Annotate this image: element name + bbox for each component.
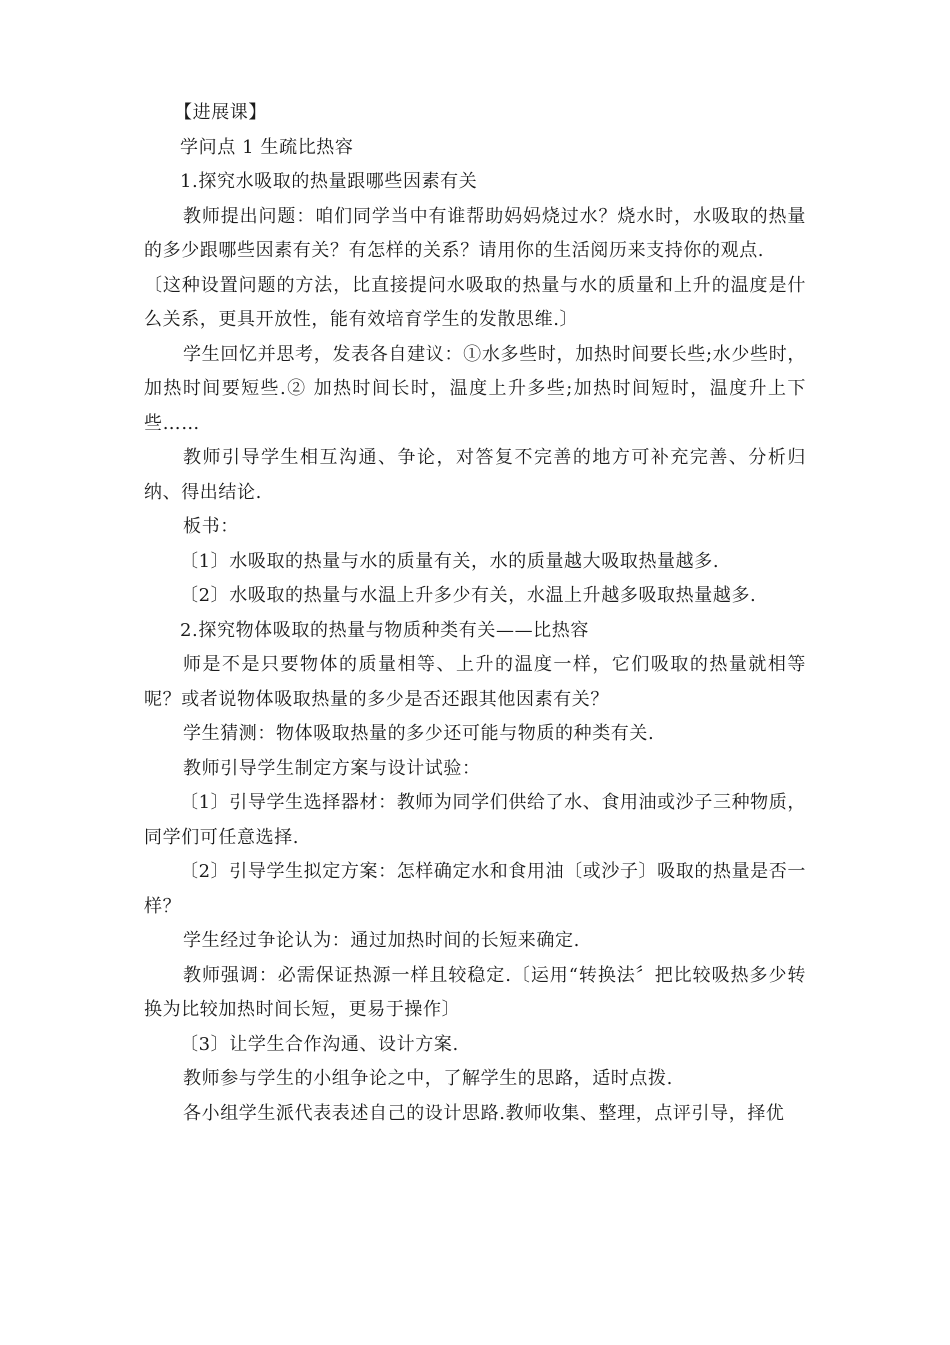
paragraph: 教师强调：必需保证热源一样且较稳定.〔运用“转换法〞把比较吸热多少转换为比较加热…	[144, 959, 806, 1028]
board-label: 板书：	[144, 510, 806, 545]
paragraph: 教师引导学生相互沟通、争论，对答复不完善的地方可补充完善、分析归纳、得出结论.	[144, 441, 806, 510]
paragraph: 教师引导学生制定方案与设计试验：	[144, 752, 806, 787]
subsection-title-2: 2.探究物体吸取的热量与物质种类有关——比热容	[144, 614, 806, 649]
paragraph-note: 〔这种设置问题的方法，比直接提问水吸取的热量与水的质量和上升的温度是什么关系，更…	[144, 269, 806, 338]
step-2: 〔2〕引导学生拟定方案：怎样确定水和食用油〔或沙子〕吸取的热量是否一样？	[144, 855, 806, 924]
paragraph: 学生回忆并思考，发表各自建议：①水多些时，加热时间要长些;水少些时，加热时间要短…	[144, 338, 806, 442]
board-item-1: 〔1〕水吸取的热量与水的质量有关，水的质量越大吸取热量越多.	[144, 545, 806, 580]
step-3: 〔3〕让学生合作沟通、设计方案.	[144, 1028, 806, 1063]
paragraph: 各小组学生派代表表述自己的设计思路.教师收集、整理，点评引导，择优	[144, 1097, 806, 1132]
paragraph: 学生经过争论认为：通过加热时间的长短来确定.	[144, 924, 806, 959]
paragraph: 教师提出问题：咱们同学当中有谁帮助妈妈烧过水？烧水时，水吸取的热量的多少跟哪些因…	[144, 200, 806, 269]
paragraph: 学生猜测：物体吸取热量的多少还可能与物质的种类有关.	[144, 717, 806, 752]
board-item-2: 〔2〕水吸取的热量与水温上升多少有关，水温上升越多吸取热量越多.	[144, 579, 806, 614]
paragraph: 师是不是只要物体的质量相等、上升的温度一样，它们吸取的热量就相等呢？或者说物体吸…	[144, 648, 806, 717]
paragraph: 教师参与学生的小组争论之中，了解学生的思路，适时点拨.	[144, 1062, 806, 1097]
subsection-title-1: 1.探究水吸取的热量跟哪些因素有关	[144, 165, 806, 200]
document-page: 【进展课】 学问点 1 生疏比热容 1.探究水吸取的热量跟哪些因素有关 教师提出…	[144, 96, 806, 1131]
section-title: 学问点 1 生疏比热容	[144, 131, 806, 166]
step-1: 〔1〕引导学生选择器材：教师为同学们供给了水、食用油或沙子三种物质，同学们可任意…	[144, 786, 806, 855]
lesson-heading: 【进展课】	[144, 96, 806, 131]
